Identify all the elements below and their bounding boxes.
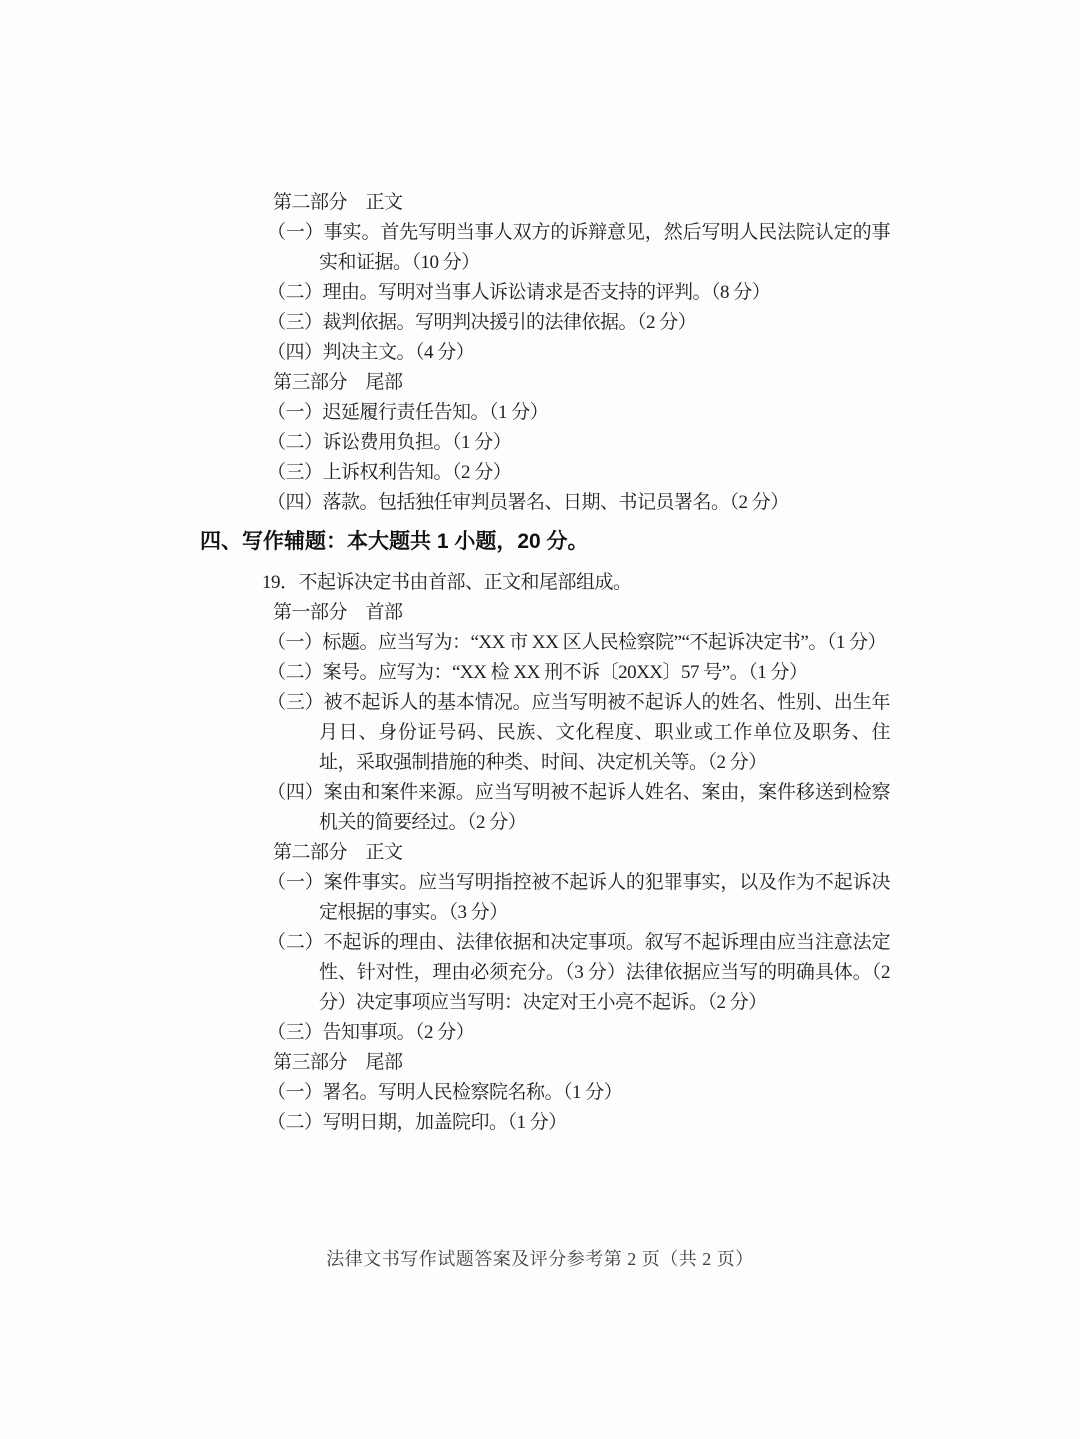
answer-item: （二）写明日期，加盖院印。（1 分） [267, 1108, 890, 1138]
document-body: 第二部分 正文（一）事实。首先写明当事人双方的诉辩意见，然后写明人民法院认定的事… [0, 188, 1080, 1138]
answer-item: （四）落款。包括独任审判员署名、日期、书记员署名。（2 分） [267, 488, 890, 518]
answer-item: （三）被不起诉人的基本情况。应当写明被不起诉人的姓名、性别、出生年月日、身份证号… [267, 688, 890, 778]
section-heading: 四、写作辅题：本大题共 1 小题，20 分。 [200, 527, 1080, 557]
answer-item: （二）案号。应写为：“XX 检 XX 刑不诉〔20XX〕57 号”。（1 分） [267, 658, 890, 688]
section-part-label: 第三部分 尾部 [273, 368, 1080, 398]
section-part-label: 第二部分 正文 [273, 838, 1080, 868]
answer-item: （二）不起诉的理由、法律依据和决定事项。叙写不起诉理由应当注意法定性、针对性，理… [267, 928, 890, 1018]
section-part-label: 第三部分 尾部 [273, 1048, 1080, 1078]
answer-item: （三）告知事项。（2 分） [267, 1018, 890, 1048]
answer-item: （三）上诉权利告知。（2 分） [267, 458, 890, 488]
answer-item: （一）案件事实。应当写明指控被不起诉人的犯罪事实，以及作为不起诉决定根据的事实。… [267, 868, 890, 928]
answer-item: （三）裁判依据。写明判决援引的法律依据。（2 分） [267, 308, 890, 338]
answer-item: （二）诉讼费用负担。（1 分） [267, 428, 890, 458]
question-line: 19．不起诉决定书由首部、正文和尾部组成。 [262, 568, 1080, 598]
section-part-label: 第二部分 正文 [273, 188, 1080, 218]
answer-item: （二）理由。写明对当事人诉讼请求是否支持的评判。（8 分） [267, 278, 890, 308]
scanned-answer-page: 第二部分 正文（一）事实。首先写明当事人双方的诉辩意见，然后写明人民法院认定的事… [0, 0, 1080, 1439]
answer-item: （四）判决主文。（4 分） [267, 338, 890, 368]
section-part-label: 第一部分 首部 [273, 598, 1080, 628]
answer-item: （四）案由和案件来源。应当写明被不起诉人姓名、案由，案件移送到检察机关的简要经过… [267, 778, 890, 838]
answer-item: （一）署名。写明人民检察院名称。（1 分） [267, 1078, 890, 1108]
answer-item: （一）事实。首先写明当事人双方的诉辩意见，然后写明人民法院认定的事实和证据。（1… [267, 218, 890, 278]
answer-item: （一）迟延履行责任告知。（1 分） [267, 398, 890, 428]
answer-item: （一）标题。应当写为：“XX 市 XX 区人民检察院”“不起诉决定书”。（1 分… [267, 628, 890, 658]
page-footer: 法律文书写作试题答案及评分参考第 2 页（共 2 页） [0, 1246, 1080, 1272]
